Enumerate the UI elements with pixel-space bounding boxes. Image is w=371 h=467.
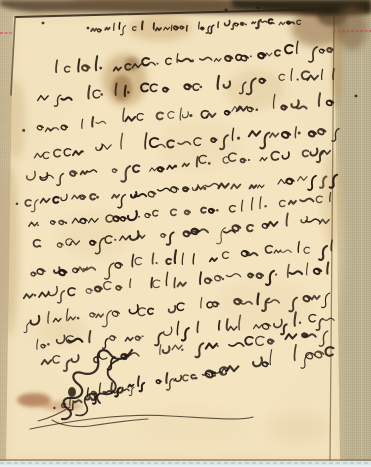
scanned-letter-photo	[0, 0, 371, 467]
letter-scan-canvas	[0, 0, 371, 467]
scan-grain-overlay	[0, 0, 371, 467]
